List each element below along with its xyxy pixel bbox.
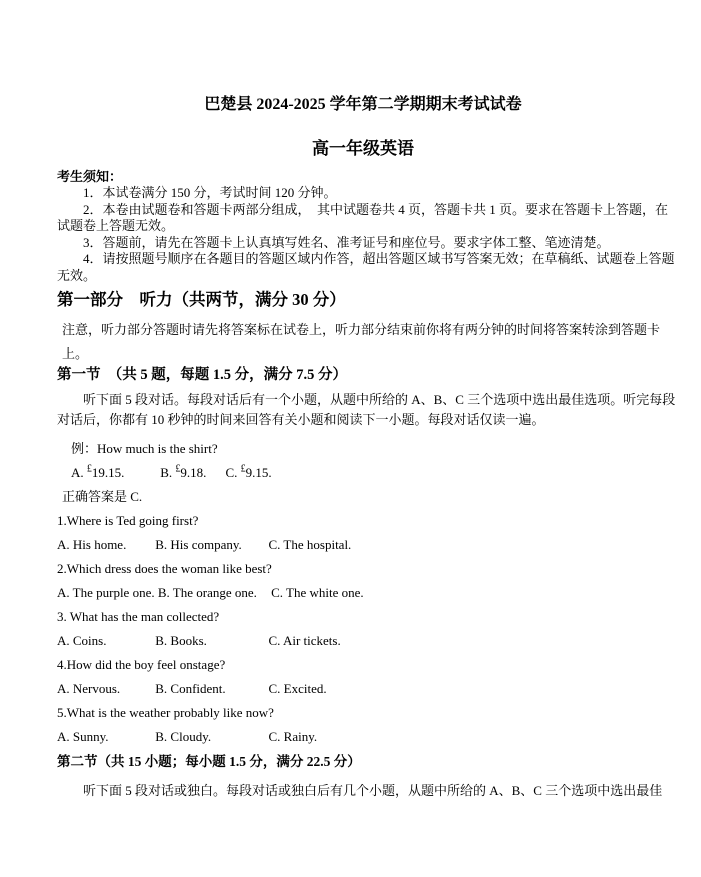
example-option-a-amount: 19.15.	[92, 465, 125, 480]
option-b: B. The orange one.	[158, 581, 268, 605]
option-a: A. Nervous.	[57, 677, 152, 701]
option-c: C. Rainy.	[269, 725, 318, 749]
question-block-1: 1.Where is Ted going first? A. His home.…	[57, 509, 661, 557]
option-c: C. The hospital.	[269, 533, 352, 557]
option-b: B. Books.	[155, 629, 265, 653]
paper-subtitle: 高一年级英语	[83, 140, 643, 158]
option-a: A. Sunny.	[57, 725, 152, 749]
option-a: A. The purple one.	[57, 581, 155, 605]
exam-paper-page: 巴楚县 2024-2025 学年第二学期期末考试试卷 高一年级英语 考生须知： …	[0, 0, 701, 877]
part1-heading: 第一部分 听力（共两节，满分 30 分）	[57, 290, 661, 310]
notice-heading: 考生须知：	[57, 169, 661, 185]
question-block-2: 2.Which dress does the woman like best? …	[57, 557, 661, 605]
question-text: 4.How did the boy feel onstage?	[57, 653, 661, 677]
example-option-c: C. £9.15.	[226, 461, 272, 485]
example-option-c-label: C.	[226, 465, 241, 480]
question-options: A. Sunny. B. Cloudy. C. Rainy.	[57, 725, 661, 749]
section2-instructions: 听下面 5 段对话或独白。每段对话或独白后有几个小题，从题中所给的 A、B、C …	[57, 781, 677, 801]
question-text: 3. What has the man collected?	[57, 605, 661, 629]
question-text: 2.Which dress does the woman like best?	[57, 557, 661, 581]
example-option-a-label: A.	[71, 465, 87, 480]
question-text: 5.What is the weather probably like now?	[57, 701, 661, 725]
question-options: A. His home. B. His company. C. The hosp…	[57, 533, 661, 557]
example-option-b-amount: 9.18.	[180, 465, 206, 480]
example-option-c-amount: 9.15.	[246, 465, 272, 480]
paper-header: 巴楚县 2024-2025 学年第二学期期末考试试卷 高一年级英语	[83, 96, 643, 158]
example-options: A. £19.15. B. £9.18. C. £9.15.	[71, 461, 661, 485]
question-block-5: 5.What is the weather probably like now?…	[57, 701, 661, 749]
question-block-3: 3. What has the man collected? A. Coins.…	[57, 605, 661, 653]
question-list: 1.Where is Ted going first? A. His home.…	[57, 509, 661, 749]
listening-transfer-note: 注意，听力部分答题时请先将答案标在试卷上，听力部分结束前你将有两分钟的时间将答案…	[57, 318, 677, 366]
option-b: B. Confident.	[155, 677, 265, 701]
option-b: B. Cloudy.	[155, 725, 265, 749]
paper-title: 巴楚县 2024-2025 学年第二学期期末考试试卷	[83, 96, 643, 114]
section1-instructions: 听下面 5 段对话。每段对话后有一个小题，从题中所给的 A、B、C 三个选项中选…	[57, 390, 677, 430]
notice-item-2: 2．本卷由试题卷和答题卡两部分组成， 其中试题卷共 4 页，答题卡共 1 页。要…	[57, 202, 677, 235]
question-text: 1.Where is Ted going first?	[57, 509, 661, 533]
question-options: A. Coins. B. Books. C. Air tickets.	[57, 629, 661, 653]
option-c: C. The white one.	[271, 581, 364, 605]
option-b: B. His company.	[155, 533, 265, 557]
question-block-4: 4.How did the boy feel onstage? A. Nervo…	[57, 653, 661, 701]
example-question: 例：How much is the shirt?	[71, 437, 661, 461]
notice-item-1: 1．本试卷满分 150 分，考试时间 120 分钟。	[57, 185, 677, 202]
notice-item-4: 4．请按照题号顺序在各题目的答题区域内作答，超出答题区域书写答案无效；在草稿纸、…	[57, 251, 677, 284]
example-option-a: A. £19.15.	[71, 461, 157, 485]
section2-heading: 第二节（共 15 小题；每小题 1.5 分，满分 22.5 分）	[57, 753, 661, 771]
question-options: A. The purple one. B. The orange one. C.…	[57, 581, 661, 605]
example-answer: 正确答案是 C.	[62, 485, 661, 509]
question-options: A. Nervous. B. Confident. C. Excited.	[57, 677, 661, 701]
notice-item-3: 3．答题前，请先在答题卡上认真填写姓名、准考证号和座位号。要求字体工整、笔迹清楚…	[57, 235, 677, 252]
option-c: C. Air tickets.	[269, 629, 341, 653]
example-option-b-label: B.	[160, 465, 175, 480]
option-a: A. His home.	[57, 533, 152, 557]
candidate-notice: 考生须知： 1．本试卷满分 150 分，考试时间 120 分钟。 2．本卷由试题…	[57, 169, 661, 284]
option-a: A. Coins.	[57, 629, 152, 653]
option-c: C. Excited.	[269, 677, 327, 701]
example-option-b: B. £9.18.	[160, 461, 222, 485]
section1-heading: 第一节 （共 5 题，每题 1.5 分，满分 7.5 分）	[57, 366, 661, 384]
